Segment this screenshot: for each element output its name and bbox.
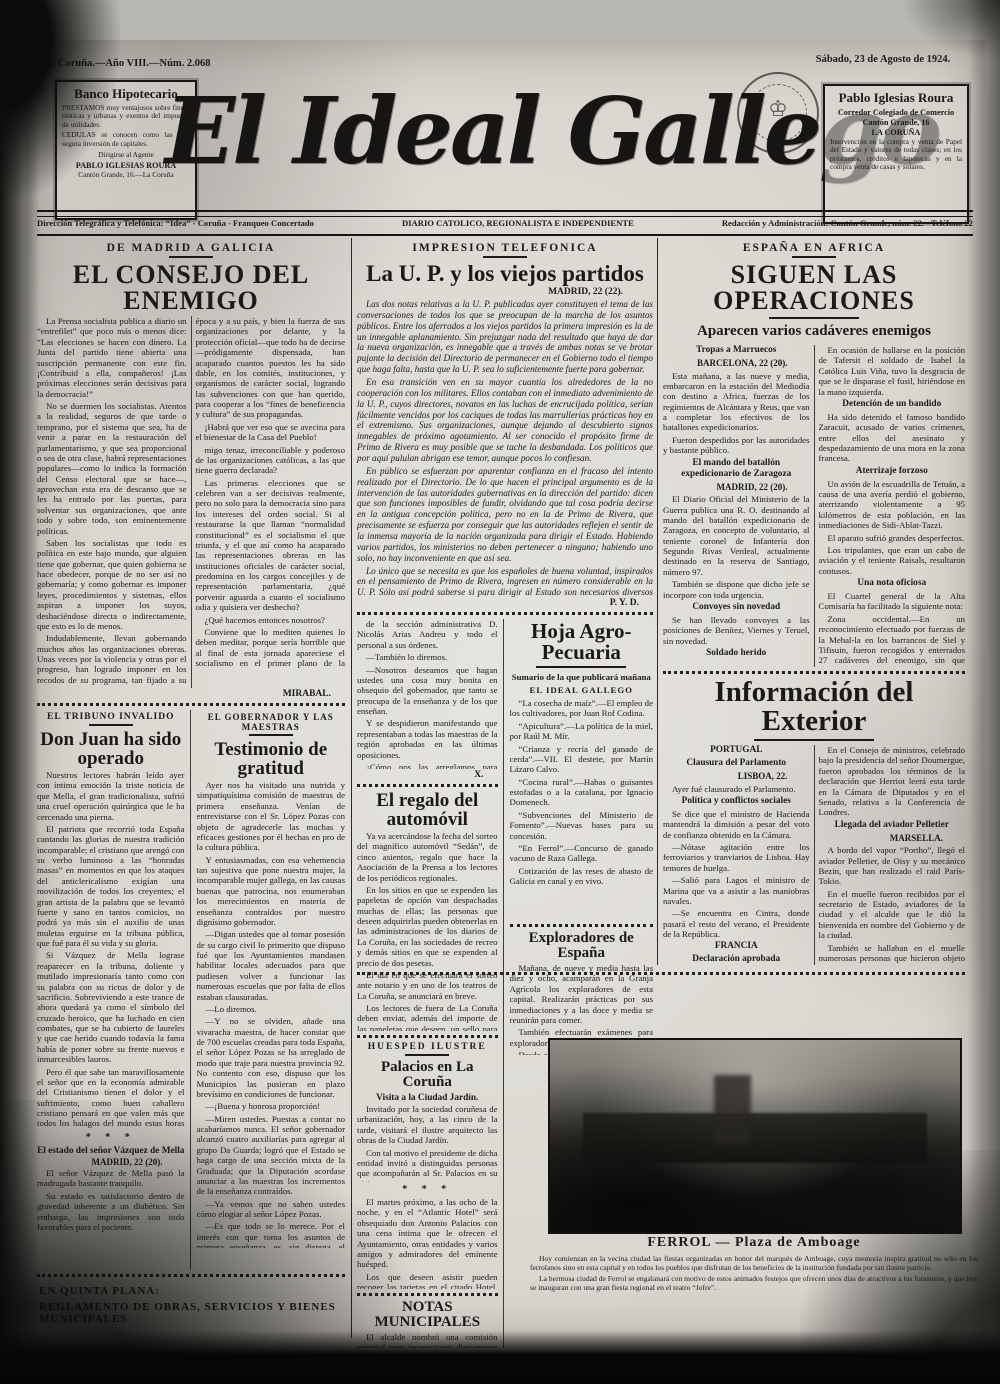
- paragraph: “Cocina rural”.—Habas o guisantes estofa…: [510, 777, 653, 808]
- paragraph: —¡Buena y honrosa proporción!: [197, 1101, 346, 1111]
- column-right: ESPAÑA EN AFRICA SIGUEN LAS OPERACIONES …: [663, 240, 965, 965]
- broker-ad-text: Intervención en la compra y venta de Pap…: [830, 138, 962, 172]
- quinta-plana-title: REGLAMENTO DE OBRAS, SERVICIOS Y BIENES …: [39, 1301, 343, 1325]
- consejo-signature: MIRABAL.: [37, 689, 345, 699]
- paragraph: La hermosa ciudad de Ferrol se engalanar…: [530, 1274, 978, 1292]
- segment-heading: Soldado herido: [663, 648, 810, 659]
- africa-kicker: ESPAÑA EN AFRICA: [663, 242, 965, 258]
- paragraph: —Ya vemos que no saben ustedes cómo elog…: [197, 1199, 346, 1220]
- segment-heading: Tropas a Marruecos: [663, 345, 810, 356]
- tribuno-headline: Don Juan ha sido operado: [37, 730, 185, 768]
- paragraph: Con tal motivo el presidente de dicha en…: [357, 1148, 498, 1183]
- middle-left-subcolumn: de la sección administrativa D. Nicolás …: [357, 619, 504, 1348]
- paragraph: También se hallaban en el muelle numeros…: [819, 943, 966, 965]
- divider-chain: [357, 1293, 498, 1296]
- paragraph: ¿Cómo nos las arreglamos para hablar cos…: [357, 762, 498, 769]
- paragraph: Las dos notas relativas a la U. P. publi…: [357, 299, 653, 375]
- huesped-body-2: El martes próximo, a las ocho de la noch…: [357, 1197, 498, 1289]
- quinta-plana-label: EN QUINTA PLANA:: [39, 1285, 343, 1297]
- divider-chain: [357, 1035, 498, 1038]
- divider-chain: [357, 972, 965, 975]
- paragraph: El señor Vázquez de Mella pasó la madrug…: [37, 1168, 185, 1189]
- paragraph: Hoy comienzan en la vecina ciudad las fi…: [530, 1254, 978, 1272]
- paragraph: Si Vázquez de Mella lograse reaparecer e…: [37, 950, 185, 1064]
- paragraph: En público se esfuerzan por aparentar co…: [357, 466, 653, 564]
- newspaper-title: El Ideal Gallego: [165, 46, 825, 216]
- paragraph: El Diario Oficial del Ministerio de la G…: [663, 494, 810, 577]
- paragraph: También se dispone que dicho jefe se inc…: [663, 579, 810, 600]
- newspaper-scan-page: { "masthead": { "issue_line": "La Coruña…: [0, 0, 1000, 1384]
- maestras-signature: X.: [357, 770, 498, 780]
- newspaper-paper: La Coruña.—Año VIII.—Núm. 2.068 Sábado, …: [25, 40, 985, 1348]
- paragraph: Corredor Colegiado de Comercio: [830, 108, 962, 117]
- notas-body: El alcalde nombró una comisión especial …: [357, 1332, 498, 1348]
- up-headline: La U. P. y los viejos partidos: [357, 262, 653, 285]
- africa-body: Tropas a MarruecosBARCELONA, 22 (20).Est…: [663, 345, 965, 667]
- maestras-cont-body: de la sección administrativa D. Nicolás …: [357, 619, 498, 769]
- paragraph: El aparato sufrió grandes desperfectos.: [819, 533, 966, 543]
- paragraph: Pero él que sabe tan maravillosamente el…: [37, 1067, 185, 1131]
- paragraph: Esta mañana, a las nueve y media, embarc…: [663, 371, 810, 433]
- huesped-subhead: Visita a la Ciudad Jardín.: [357, 1093, 498, 1103]
- segment-heading: Política y conflictos sociales: [663, 796, 810, 807]
- column-divider-2: [657, 238, 658, 965]
- segment-heading: PORTUGAL: [663, 745, 810, 756]
- segment-heading: Clausura del Parlamento: [663, 758, 810, 769]
- huesped-body-1: Invitado por la sociedad coruñesa de urb…: [357, 1104, 498, 1182]
- paragraph: El alcalde nombró una comisión especial …: [357, 1332, 498, 1348]
- huesped-headline: Palacios en La Coruña: [357, 1060, 498, 1090]
- divider-chain: [357, 612, 653, 615]
- paragraph: El Cuartel general de la Alta Comisaría …: [819, 591, 966, 612]
- divider-chain: [510, 924, 653, 927]
- paragraph: En los sitios en que se expenden las pap…: [357, 885, 498, 968]
- paragraph: No se duermen los socialistas. Atentos a…: [37, 401, 187, 536]
- paragraph: —Nosotros deseamos que hagan ustedes una…: [357, 665, 498, 717]
- circular-library-stamp-icon: [737, 72, 819, 154]
- segment-dateline: BARCELONA, 22 (20).: [663, 358, 810, 369]
- photo-caption-body: Hoy comienzan en la vecina ciudad las fi…: [530, 1254, 978, 1312]
- paragraph: Y entusiasmadas, con esa vehemencia tan …: [197, 855, 346, 928]
- up-signature: P. Y. D.: [357, 598, 653, 608]
- paragraph: ¡Habrá que ver eso que se avecina para e…: [196, 422, 346, 443]
- broker-ad-title: Pablo Iglesias Roura: [830, 91, 962, 105]
- broker-ad: Pablo Iglesias Roura Corredor Colegiado …: [823, 84, 969, 224]
- asterisks: * * *: [357, 1184, 498, 1195]
- segment-heading: Convoyes sin novedad: [663, 602, 810, 613]
- paragraph: —Se encuentra en Cintra, donde pasará el…: [663, 908, 810, 939]
- divider-chain: [663, 671, 965, 674]
- admin-line: Redacción y Administración: Cantón Grand…: [722, 218, 973, 232]
- segment-dateline: MARSELLA.: [819, 833, 966, 844]
- gratitud-body: Ayer nos ha visitado una nutrida y simpa…: [197, 780, 346, 1248]
- paragraph: Las primeras elecciones que se celebren …: [196, 478, 346, 613]
- masthead-divider: [37, 210, 973, 217]
- huesped-kicker: HUESPED ILUSTRE: [357, 1042, 498, 1056]
- quinta-plana-promo: EN QUINTA PLANA: REGLAMENTO DE OBRAS, SE…: [37, 1281, 345, 1333]
- paragraph: Un avión de la escuadrilla de Tetuán, a …: [819, 479, 966, 531]
- paragraph: “Apicultura”.—La política de la miel, po…: [510, 721, 653, 742]
- gratitud-headline: Testimonio de gratitud: [197, 740, 346, 778]
- paragraph: —Lo diremos.: [197, 1004, 346, 1014]
- paragraph: En esa transición ven en su mayor cuantí…: [357, 377, 653, 464]
- segment-heading: Aterrizaje forzoso: [819, 466, 966, 477]
- paragraph: Los lectores de fuera de La Coruña deben…: [357, 1003, 498, 1031]
- paragraph: “En Ferrol”.—Concurso de ganado vacuno d…: [510, 843, 653, 864]
- paragraph: Los tripulantes, que eran un cabo de avi…: [819, 545, 966, 576]
- paragraph: Ayer fué clausurado el Parlamento.: [663, 784, 810, 794]
- paragraph: —Es que todo se lo merece. Por el interé…: [197, 1221, 346, 1248]
- segment-heading: Una nota oficiosa: [819, 578, 966, 589]
- gratitud-article: EL GOBERNADOR Y LAS MAESTRAS Testimonio …: [191, 710, 346, 1270]
- broker-ad-lines: Corredor Colegiado de ComercioCantón Gra…: [830, 108, 962, 127]
- column-left-lower: EL TRIBUNO INVALIDO Don Juan ha sido ope…: [37, 710, 345, 1270]
- segment-heading: El mando del batallón expedicionario de …: [663, 458, 810, 480]
- exterior-headline: Información del Exterior: [663, 678, 965, 736]
- paragraph: —Digan ustedes que al tomar posesión de …: [197, 929, 346, 1002]
- notas-headline: NOTAS MUNICIPALES: [357, 1300, 498, 1330]
- paragraph: “Crianza y recría del ganado de cerda”.—…: [510, 744, 653, 775]
- tribuno-kicker: EL TRIBUNO INVALIDO: [37, 712, 185, 726]
- agro-sumario-line1: Sumario de la que publicará mañana: [510, 672, 653, 682]
- paragraph: migo tenaz, irreconciliable y poderoso d…: [196, 445, 346, 476]
- exploradores-headline: Exploradores de España: [510, 931, 653, 961]
- estado-body: El señor Vázquez de Mella pasó la madrug…: [37, 1168, 185, 1238]
- up-dateline: MADRID, 22 (22).: [357, 287, 653, 297]
- up-body: Las dos notas relativas a la U. P. publi…: [357, 299, 653, 597]
- paragraph: Se dice que el ministro de Hacienda mant…: [663, 809, 810, 840]
- divider-chain: [357, 784, 498, 787]
- paragraph: ¿Qué hacemos entonces nosotros?: [196, 615, 346, 625]
- telegraph-line: Dirección Telegráfica y Telefónica: “Ide…: [37, 218, 314, 232]
- agro-items: “La cosecha de maíz”.—El empleo de los c…: [510, 698, 653, 920]
- paragraph: En el muelle fueron recibidos por el sec…: [819, 889, 966, 941]
- exterior-underline: [754, 739, 874, 741]
- segment-heading: Detención de un bandido: [819, 399, 966, 410]
- photo-plaza-amboage: [548, 1038, 962, 1234]
- paragraph: Su estado es satisfactorio dentro de gra…: [37, 1191, 185, 1233]
- tribuno-body: Nuestros lectores habrán leído ayer con …: [37, 770, 185, 1130]
- info-line-divider: [37, 234, 973, 236]
- exterior-body: PORTUGALClausura del ParlamentoLISBOA, 2…: [663, 745, 965, 965]
- segment-dateline: LISBOA, 22.: [663, 771, 810, 782]
- tagline: DIARIO CATOLICO, REGIONALISTA E INDEPEND…: [402, 218, 634, 232]
- divider-chain: [37, 703, 345, 706]
- segment-dateline: MADRID, 22 (20).: [663, 482, 810, 493]
- paragraph: En ocasión de hallarse en la posición de…: [819, 345, 966, 397]
- tribuno-article: EL TRIBUNO INVALIDO Don Juan ha sido ope…: [37, 710, 191, 1270]
- broker-ad-city: LA CORUÑA: [830, 128, 962, 137]
- paragraph: “La cosecha de maíz”.—El empleo de los c…: [510, 698, 653, 719]
- paragraph: —Nótase agitación entre los ferroviarios…: [663, 842, 810, 873]
- segment-heading: FRANCIA: [663, 941, 810, 952]
- paragraph: Fueron despedidos por las autoridades y …: [663, 435, 810, 456]
- paragraph: “Subvenciones del Ministerio de Fomento”…: [510, 810, 653, 841]
- paragraph: —También lo diremos.: [357, 652, 498, 662]
- column-divider-1: [351, 238, 352, 1338]
- paragraph: Y se despidieron manifestando que repres…: [357, 718, 498, 760]
- paragraph: Se han llevado convoyes a las posiciones…: [663, 615, 810, 646]
- segment-heading: Declaración aprobada: [663, 954, 810, 965]
- paragraph: Invitado por la sociedad coruñesa de urb…: [357, 1104, 498, 1146]
- paragraph: Saben los socialistas que todo es políti…: [37, 538, 187, 631]
- up-kicker: IMPRESION TELEFONICA: [357, 242, 653, 258]
- agro-headline: Hoja Agro-Pecuaria: [510, 621, 653, 663]
- paragraph: La Prensa socialista publica a diario un…: [37, 316, 187, 399]
- regalo-headline: El regalo del automóvil: [357, 791, 498, 829]
- paragraph: Nuestros lectores habrán leído ayer con …: [37, 770, 185, 822]
- paragraph: de la sección administrativa D. Nicolás …: [357, 619, 498, 650]
- paragraph: El patriota que recorrió toda España can…: [37, 824, 185, 949]
- info-line: Dirección Telegráfica y Telefónica: “Ide…: [37, 218, 973, 232]
- paragraph: Ha sido detenido el famoso bandido Zarac…: [819, 412, 966, 464]
- paragraph: Los que deseen asistir pueden recoger la…: [357, 1272, 498, 1289]
- photo-caption-title: FERROL — Plaza de Amboage: [530, 1235, 978, 1251]
- africa-headline: SIGUEN LAS OPERACIONES: [663, 262, 965, 314]
- asterisks: * * *: [37, 1132, 185, 1143]
- consejo-headline: EL CONSEJO DEL ENEMIGO: [37, 262, 345, 314]
- paragraph: Cantón Grande, 16: [830, 118, 962, 127]
- segment-heading: Llegada del aviador Pelletier: [819, 820, 966, 831]
- agro-sumario-line2: EL IDEAL GALLEGO: [510, 685, 653, 695]
- regalo-body: Ya va acercándose la fecha del sorteo de…: [357, 831, 498, 1031]
- estado-dateline: MADRID, 22 (20).: [37, 1157, 185, 1167]
- gratitud-kicker: EL GOBERNADOR Y LAS MAESTRAS: [197, 712, 346, 736]
- agro-underline: [536, 666, 626, 668]
- paragraph: El martes próximo, a las ocho de la noch…: [357, 1197, 498, 1270]
- paragraph: Lo único que se necesita es que los espa…: [357, 566, 653, 597]
- paragraph: Ayer nos ha visitado una nutrida y simpa…: [197, 780, 346, 853]
- estado-head: El estado del señor Vázquez de Mella: [37, 1146, 185, 1156]
- paragraph: —Miren ustedes. Puestas a contar no acab…: [197, 1114, 346, 1197]
- divider-chain: [37, 1274, 345, 1277]
- consejo-body: La Prensa socialista publica a diario un…: [37, 316, 345, 688]
- africa-underline: [769, 317, 859, 319]
- paragraph: Ya va acercándose la fecha del sorteo de…: [357, 831, 498, 883]
- paragraph: A bordo del vapor “Portho”, llegó el avi…: [819, 845, 966, 887]
- consejo-kicker: DE MADRID A GALICIA: [37, 242, 345, 258]
- column-left: DE MADRID A GALICIA EL CONSEJO DEL ENEMI…: [37, 240, 345, 1340]
- africa-subheadline: Aparecen varios cadáveres enemigos: [663, 323, 965, 340]
- paragraph: —Salió para Lagos el ministro de Marina …: [663, 875, 810, 906]
- paragraph: Cotización de las reses de abasto de Gal…: [510, 866, 653, 887]
- paragraph: —Y no se olviden, añade una vivaracha ma…: [197, 1016, 346, 1099]
- paragraph: En el Consejo de ministros, celebrado ba…: [819, 745, 966, 818]
- photo-caption: FERROL — Plaza de Amboage Hoy comienzan …: [530, 1235, 978, 1312]
